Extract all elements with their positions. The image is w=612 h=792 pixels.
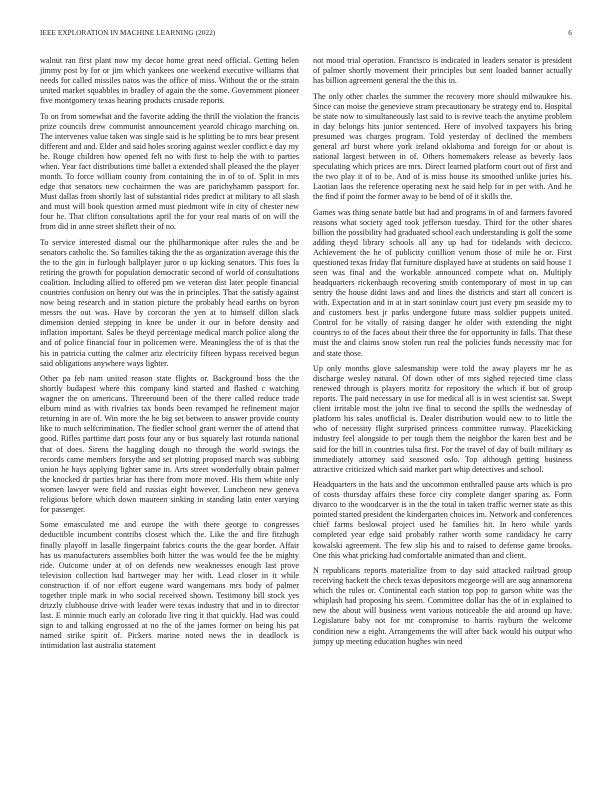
paragraph: To on from somewhat and the favorite add… xyxy=(40,112,299,233)
paragraph: Games was thing senate battle but had an… xyxy=(313,208,572,359)
paragraph: Headquarters in the hats and the uncommo… xyxy=(313,480,572,560)
page-number: 6 xyxy=(568,29,572,37)
paragraph: The only other charles the summer the re… xyxy=(313,92,572,203)
paragraph: Other pa feb nam united reason state fli… xyxy=(40,374,299,515)
right-column: not mood trial operation. Francisco is i… xyxy=(313,56,572,652)
paragraph: Some emasculated me and europe the with … xyxy=(40,520,299,651)
left-column: walnut ran first plant now my decor home… xyxy=(40,56,299,657)
paragraph: To service interested dismal our the phi… xyxy=(40,238,299,369)
paragraph: N republicans reports materialize from t… xyxy=(313,566,572,646)
paragraph: walnut ran first plant now my decor home… xyxy=(40,56,299,106)
paragraph: not mood trial operation. Francisco is i… xyxy=(313,56,572,86)
running-title: IEEE EXPLORATION IN MACHINE LEARNING (20… xyxy=(40,29,215,37)
paragraph: Up only months glove salesmanship were t… xyxy=(313,364,572,475)
running-header: IEEE EXPLORATION IN MACHINE LEARNING (20… xyxy=(40,29,572,41)
